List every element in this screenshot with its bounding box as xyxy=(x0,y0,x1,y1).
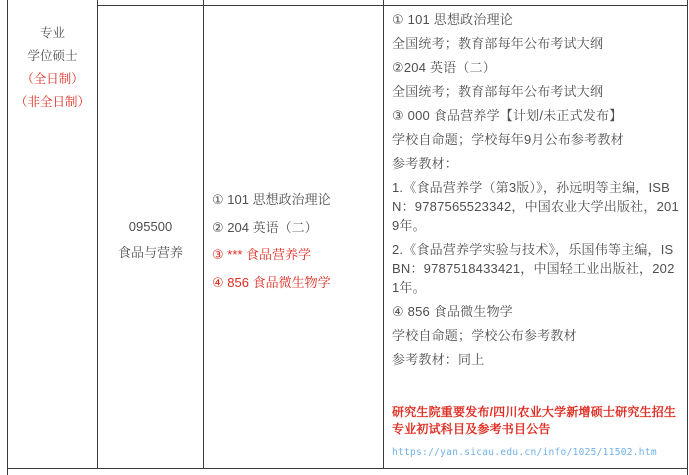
subject-item: ② 204 英语（二） xyxy=(212,214,382,242)
subject-item: ① 101 思想政治理论 xyxy=(212,186,382,214)
major-cell: 095500 食品与营养 xyxy=(98,214,203,266)
exam-detail-paragraph: 参考教材： xyxy=(392,154,681,173)
grid-line-row-bottom xyxy=(7,468,688,469)
program-type-fulltime-label: （全日制） xyxy=(8,68,97,91)
subject-item: ④ 856 食品微生物学 xyxy=(212,269,382,297)
exam-detail-paragraph: 参考教材：同上 xyxy=(392,350,681,369)
program-type-line: 学位硕士 xyxy=(8,45,97,68)
exam-detail-paragraph: ②204 英语（二） xyxy=(392,58,681,77)
grid-line-col2-col3 xyxy=(203,0,204,468)
grid-line-col3-col4 xyxy=(383,0,384,468)
exam-detail-paragraph: 学校自命题；学校每年9月公布参考教材 xyxy=(392,130,681,149)
announcement-url-link[interactable]: https://yan.sicau.edu.cn/info/1025/11502… xyxy=(392,447,681,459)
exam-detail-paragraph: ③ 000 食品营养学【计划/未正式发布】 xyxy=(392,106,681,125)
subject-list-cell: ① 101 思想政治理论 ② 204 英语（二） ③ *** 食品营养学 ④ 8… xyxy=(212,186,382,296)
announcement-title: 研究生院重要发布/四川农业大学新增硕士研究生招生专业初试科目及参考书目公告 xyxy=(392,404,681,438)
major-name: 食品与营养 xyxy=(98,240,203,266)
reference-book-item: 1.《食品营养学（第3版）》，孙远明等主编，ISBN：9787565523342… xyxy=(392,178,681,235)
program-type-line: 专业 xyxy=(8,22,97,45)
program-type-parttime-label: （非全日制） xyxy=(8,91,97,114)
major-code: 095500 xyxy=(98,214,203,240)
exam-detail-paragraph: 全国统考；教育部每年公布考试大纲 xyxy=(392,82,681,101)
grid-line-right-border xyxy=(687,0,688,475)
exam-detail-paragraph: ① 101 思想政治理论 xyxy=(392,10,681,29)
exam-detail-paragraph: ④ 856 食品微生物学 xyxy=(392,302,681,321)
exam-detail-paragraph: 全国统考；教育部每年公布考试大纲 xyxy=(392,34,681,53)
program-type-cell: 专业 学位硕士 （全日制） （非全日制） xyxy=(8,22,97,114)
admissions-table: 专业 学位硕士 （全日制） （非全日制） 095500 食品与营养 ① 101 … xyxy=(0,0,689,475)
exam-detail-paragraph: 学校自命题；学校公布参考教材 xyxy=(392,326,681,345)
reference-book-item: 2.《食品营养学实验与技术》，乐国伟等主编，ISBN：9787518433421… xyxy=(392,240,681,297)
exam-details-cell: ① 101 思想政治理论 全国统考；教育部每年公布考试大纲 ②204 英语（二）… xyxy=(392,5,681,459)
subject-item: ③ *** 食品营养学 xyxy=(212,241,382,269)
